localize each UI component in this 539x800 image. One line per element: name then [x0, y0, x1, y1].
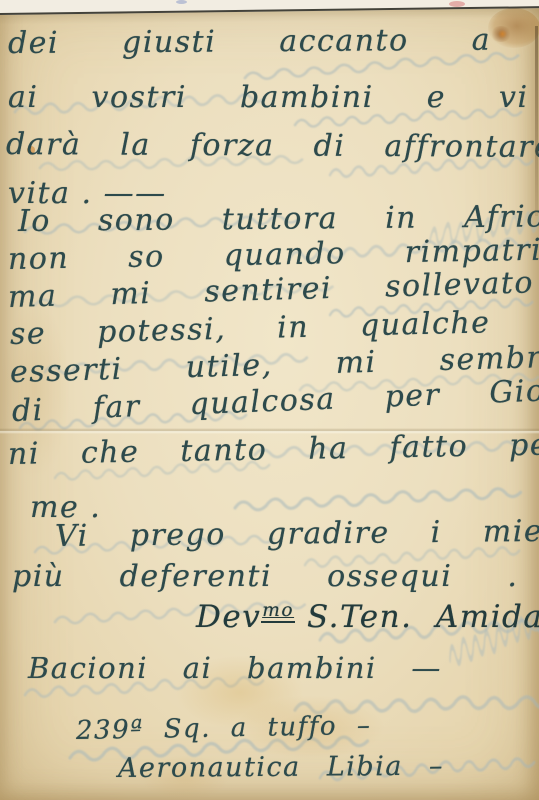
letter-page: dei giusti accanto a voi, ai vostri bamb… [0, 0, 539, 800]
letter-line-2: ai vostri bambini e vi [8, 80, 529, 115]
postscript-line: Bacioni ai bambini — [28, 651, 442, 685]
letter-line-3: darà la forza di affrontare la [6, 127, 539, 165]
signature-name: S.Ten. Amidano [307, 599, 539, 635]
signature-prefix: Dev [196, 599, 261, 635]
page-right-edge [535, 26, 538, 216]
blue-mark [176, 0, 187, 4]
unit-line-1: 239ª Sq. a tuffo – [76, 711, 372, 746]
closing-line-1: Vi prego gradire i miei [55, 514, 539, 554]
letter-line-5: Io sono tuttora in Africa e [18, 199, 539, 239]
signature-superscript: mo [261, 600, 295, 623]
signature-line: DevmoS.Ten. Amidano [196, 599, 539, 635]
pink-mark [449, 1, 465, 7]
letter-line-1: dei giusti accanto a voi, [8, 22, 539, 61]
closing-line-2: più deferenti ossequi . [12, 559, 518, 594]
unit-line-2: Aeronautica Libia – [118, 751, 444, 784]
